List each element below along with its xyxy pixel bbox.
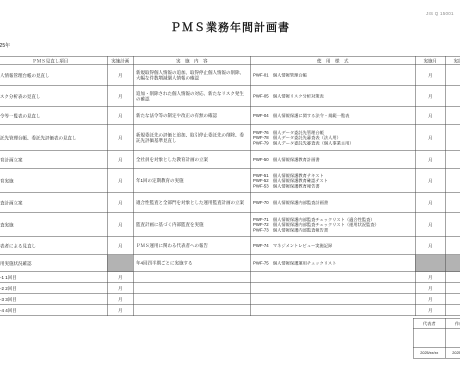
- cell-plan: 月: [107, 305, 133, 316]
- col-header-actual-month: 実績月: [445, 56, 460, 65]
- table-row: 代表者による見直し 月 ＰＭＳ運用に関わる代表者への報告 PWF-74 マネジメ…: [0, 237, 460, 255]
- cell-item: 運用実施状況確認: [0, 255, 107, 272]
- cell-plan: 月: [107, 65, 133, 86]
- cell-month: 月: [415, 151, 445, 169]
- cell-form: [250, 305, 415, 316]
- cell-form: PWF-70 個人情報保護内部監査計画書: [250, 193, 415, 213]
- cell-actual-month: [445, 272, 460, 283]
- form-line: PWF-53 個人情報保護教育報告書: [253, 183, 413, 188]
- cell-form: PWF-51 個人情報保護教育テキスト PWF-52 個人情報保護教育確認テスト…: [250, 169, 415, 193]
- table-row: 運用実施状況確認 年4回四半期ごとに実施する PWF-75 個人情報保護運用チェ…: [0, 255, 460, 272]
- cell-content: [133, 305, 250, 316]
- table-row: 個人情報管理台帳の見直し 月 新規取得個人情報の追加、取得停止個人情報の削除、大…: [0, 65, 460, 86]
- cell-form: PWF-71 個人情報保護内部監査チェックリスト（適合性監査） PWF-72 個…: [250, 213, 415, 237]
- cell-item: 法令等一覧表の見直し: [0, 107, 107, 125]
- cell-month: 月: [415, 193, 445, 213]
- cell-actual-month: [445, 107, 460, 125]
- table-row: 監査計画立案 月 適合性監査と全部門を対象とした運用監査計画の立案 PWF-70…: [0, 193, 460, 213]
- cell-content: 年1回の定期教育の実施: [133, 169, 250, 193]
- cell-content: [133, 272, 250, 283]
- cell-item: 個人情報管理台帳の見直し: [0, 65, 107, 86]
- cell-month: 月: [415, 305, 445, 316]
- cell-month: 月: [415, 169, 445, 193]
- form-line: PWF-74 マネジメントレビュー実施記録: [253, 243, 413, 248]
- table-row: 法令等一覧表の見直し 月 新たな法令等の制定や改正の有無の確認 PWF-04 個…: [0, 107, 460, 125]
- col-header-month: 実施月: [415, 56, 445, 65]
- cell-form: PWF-05 個人情報リスク分析対策表: [250, 86, 415, 107]
- cell-actual-month: [445, 125, 460, 151]
- cell-form: PWF-74 マネジメントレビュー実施記録: [250, 237, 415, 255]
- table-row: リスク分析表の見直し 月 追加・削除された個人情報の対応、新たなリスク発生の確認…: [0, 86, 460, 107]
- form-line: PWF-75 個人情報保護運用チェックリスト: [253, 261, 413, 266]
- form-line: PWF-04 個人情報保護に関する法令・規範一覧表: [253, 113, 413, 118]
- cell-content: 全社員を対象とした教育計画の立案: [133, 151, 250, 169]
- table-row: 教育計画立案 月 全社員を対象とした教育計画の立案 PWF-50 個人情報保護教…: [0, 151, 460, 169]
- cell-content: 追加・削除された個人情報の対応、新たなリスク発生の確認: [133, 86, 250, 107]
- cell-plan: 月: [107, 169, 133, 193]
- col-header-plan: 実施計画: [107, 56, 133, 65]
- cell-month: 月: [415, 283, 445, 294]
- cell-content: [133, 283, 250, 294]
- cell-form: PWF-01 個人情報管理台帳: [250, 65, 415, 86]
- cell-content: 新たな法令等の制定や改正の有無の確認: [133, 107, 250, 125]
- cell-form: [250, 294, 415, 305]
- annual-plan-table: ＰＭＳ見直し項目 実施計画 実 施 内 容 使 用 様 式 実施月 実績月 個人…: [0, 56, 460, 316]
- form-line: PWF-50 個人情報保護教育計画書: [253, 157, 413, 162]
- cell-form: [250, 283, 415, 294]
- cell-item: 教育計画立案: [0, 151, 107, 169]
- table-row: -1 1回目 月 月: [0, 272, 460, 283]
- cell-content: [133, 294, 250, 305]
- signature-header-row: 代表者 作成者: [413, 318, 460, 328]
- cell-item: 監査計画立案: [0, 193, 107, 213]
- author-label: 作成者: [445, 318, 460, 328]
- cell-plan: 月: [107, 86, 133, 107]
- cell-item: -2 2回目: [0, 283, 107, 294]
- representative-stamp-cell: [413, 328, 445, 347]
- cell-plan: 月: [107, 107, 133, 125]
- table-row: -4 4回目 月 月: [0, 305, 460, 316]
- document-page: JIS Q 15001 ＰＭＳ業務年間計画書 2025年 ＰＭＳ見直し項目 実施…: [0, 0, 460, 380]
- col-header-form: 使 用 様 式: [250, 56, 415, 65]
- author-date: 2025/xx/xx: [445, 347, 460, 358]
- cell-month: 月: [415, 237, 445, 255]
- cell-item: 委託先管理台帳、委託先評価表の見直し: [0, 125, 107, 151]
- cell-actual-month: [445, 255, 460, 272]
- cell-month: 月: [415, 213, 445, 237]
- signature-stamp-row: [413, 328, 460, 347]
- cell-actual-month: [445, 305, 460, 316]
- cell-item: 監査実施: [0, 213, 107, 237]
- form-line: PWF-79 個人データ委託先審査表（個人事業主用）: [253, 140, 413, 145]
- cell-month: [415, 255, 445, 272]
- cell-form: PWF-76 個人データ委託先管理台帳 PWF-78 個人データ委託先審査表（法…: [250, 125, 415, 151]
- cell-month: 月: [415, 272, 445, 283]
- cell-item: -1 1回目: [0, 272, 107, 283]
- cell-month: 月: [415, 294, 445, 305]
- year-label: 2025年: [0, 41, 10, 49]
- cell-content: 年4回四半期ごとに実施する: [133, 255, 250, 272]
- cell-plan: 月: [107, 237, 133, 255]
- cell-month: 月: [415, 65, 445, 86]
- table-row: -3 3回目 月 月: [0, 294, 460, 305]
- signature-block: 代表者 作成者 2025/xx/xx 2025/xx/xx: [413, 318, 460, 359]
- representative-date: 2025/xx/xx: [413, 347, 445, 358]
- cell-actual-month: [445, 65, 460, 86]
- cell-plan: 月: [107, 294, 133, 305]
- cell-plan: 月: [107, 193, 133, 213]
- representative-label: 代表者: [413, 318, 445, 328]
- cell-actual-month: [445, 237, 460, 255]
- signature-date-row: 2025/xx/xx 2025/xx/xx: [413, 347, 460, 358]
- cell-form: PWF-75 個人情報保護運用チェックリスト: [250, 255, 415, 272]
- cell-content: 新規委託先の評価と追加、取引停止委託先の削除、委託先評価基準見直し: [133, 125, 250, 151]
- cell-content: 新規取得個人情報の追加、取得停止個人情報の削除、大幅な件数増減個人情報の確認: [133, 65, 250, 86]
- cell-form: PWF-04 個人情報保護に関する法令・規範一覧表: [250, 107, 415, 125]
- table-row: 委託先管理台帳、委託先評価表の見直し 月 新規委託先の評価と追加、取引停止委託先…: [0, 125, 460, 151]
- cell-plan: 月: [107, 213, 133, 237]
- cell-form: PWF-50 個人情報保護教育計画書: [250, 151, 415, 169]
- table-row: 監査実施 月 監査計画に基づく内部監査を実施 PWF-71 個人情報保護内部監査…: [0, 213, 460, 237]
- standard-reference: JIS Q 15001: [426, 11, 454, 16]
- table-row: 教育実施 月 年1回の定期教育の実施 PWF-51 個人情報保護教育テキスト P…: [0, 169, 460, 193]
- cell-item: 代表者による見直し: [0, 237, 107, 255]
- cell-actual-month: [445, 86, 460, 107]
- cell-item: リスク分析表の見直し: [0, 86, 107, 107]
- cell-actual-month: [445, 213, 460, 237]
- cell-plan: 月: [107, 283, 133, 294]
- col-header-item: ＰＭＳ見直し項目: [0, 56, 107, 65]
- cell-item: 教育実施: [0, 169, 107, 193]
- cell-content: ＰＭＳ運用に関わる代表者への報告: [133, 237, 250, 255]
- cell-content: 適合性監査と全部門を対象とした運用監査計画の立案: [133, 193, 250, 213]
- cell-actual-month: [445, 193, 460, 213]
- cell-plan: 月: [107, 125, 133, 151]
- form-line: PWF-73 個人情報保護内部監査報告書: [253, 227, 413, 232]
- form-line: PWF-01 個人情報管理台帳: [253, 73, 413, 78]
- cell-actual-month: [445, 294, 460, 305]
- cell-month: 月: [415, 86, 445, 107]
- annual-plan-document: JIS Q 15001 ＰＭＳ業務年間計画書 2025年 ＰＭＳ見直し項目 実施…: [0, 0, 460, 380]
- cell-actual-month: [445, 283, 460, 294]
- col-header-content: 実 施 内 容: [133, 56, 250, 65]
- cell-form: [250, 272, 415, 283]
- cell-month: 月: [415, 125, 445, 151]
- table-header-row: ＰＭＳ見直し項目 実施計画 実 施 内 容 使 用 様 式 実施月 実績月: [0, 56, 460, 65]
- page-title: ＰＭＳ業務年間計画書: [0, 19, 460, 35]
- form-line: PWF-05 個人情報リスク分析対策表: [253, 94, 413, 99]
- cell-plan: 月: [107, 151, 133, 169]
- cell-actual-month: [445, 151, 460, 169]
- cell-content: 監査計画に基づく内部監査を実施: [133, 213, 250, 237]
- cell-item: -3 3回目: [0, 294, 107, 305]
- cell-actual-month: [445, 169, 460, 193]
- cell-plan: 月: [107, 272, 133, 283]
- cell-plan: [107, 255, 133, 272]
- cell-month: 月: [415, 107, 445, 125]
- author-stamp-cell: [445, 328, 460, 347]
- form-line: PWF-70 個人情報保護内部監査計画書: [253, 200, 413, 205]
- table-row: -2 2回目 月 月: [0, 283, 460, 294]
- cell-item: -4 4回目: [0, 305, 107, 316]
